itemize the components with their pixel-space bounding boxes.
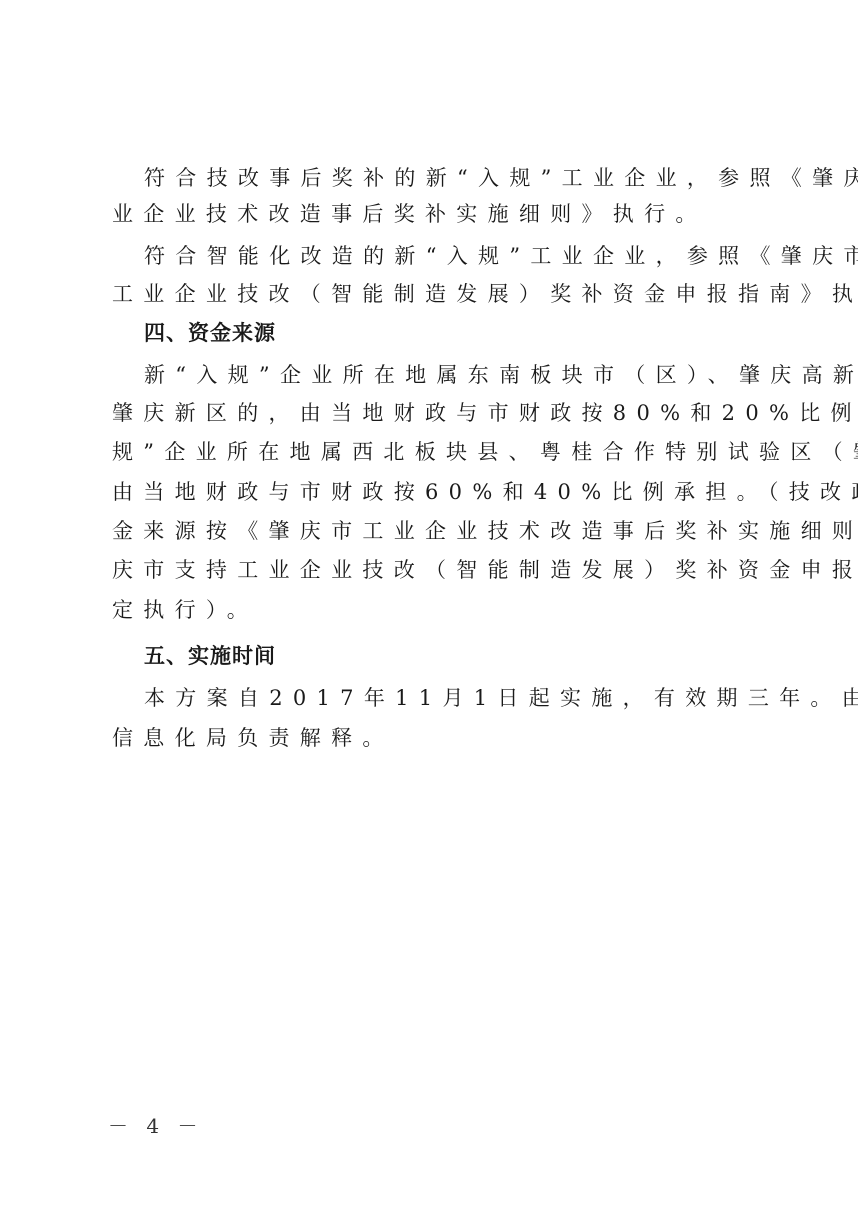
paragraph-line: 业企业技术改造事后奖补实施细则》执行。 (112, 198, 752, 231)
page-number: － 4 － (108, 1112, 203, 1140)
paragraph-line: 工业企业技改（智能制造发展）奖补资金申报指南》执行。 (112, 278, 752, 311)
paragraph-line: 肇庆新区的，由当地财政与市财政按80%和20%比例承担，新“入 (112, 397, 752, 430)
section-heading-funding-source: 四、资金来源 (144, 317, 752, 350)
paragraph-line: 由当地财政与市财政按60%和40%比例承担。（技改政策扶持资 (112, 476, 752, 509)
paragraph-line: 新“入规”企业所在地属东南板块市（区）、肇庆高新区、 (144, 359, 752, 392)
paragraph-line: 定执行）。 (112, 594, 752, 627)
paragraph-line: 金来源按《肇庆市工业企业技术改造事后奖补实施细则》和《肇 (112, 515, 752, 548)
paragraph-line: 庆市支持工业企业技改（智能制造发展）奖补资金申报指南》规 (112, 554, 752, 587)
section-heading-implementation-time: 五、实施时间 (144, 640, 752, 673)
document-page: 符合技改事后奖补的新“入规”工业企业，参照《肇庆市工 业企业技术改造事后奖补实施… (0, 0, 858, 1213)
paragraph-line: 本方案自2017年11月1日起实施，有效期三年。由市经济和 (144, 682, 752, 715)
paragraph-line: 信息化局负责解释。 (112, 722, 752, 755)
paragraph-line: 符合智能化改造的新“入规”工业企业，参照《肇庆市支持 (144, 240, 752, 273)
paragraph-line: 符合技改事后奖补的新“入规”工业企业，参照《肇庆市工 (144, 162, 752, 195)
paragraph-line: 规”企业所在地属西北板块县、粤桂合作特别试验区（肇庆）的， (112, 436, 752, 469)
